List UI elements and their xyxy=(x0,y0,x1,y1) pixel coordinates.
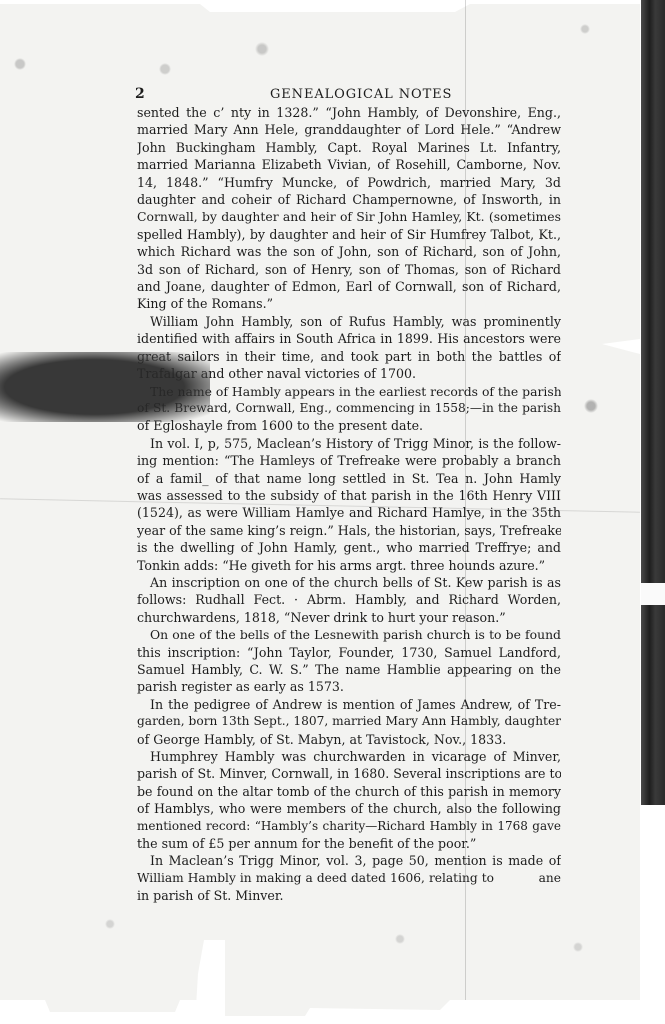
text-line: be found on the altar tomb of the church… xyxy=(137,783,561,800)
text-line: this inscription: “John Taylor, Founder,… xyxy=(137,644,561,661)
text-line: 3d son of Richard, son of Henry, son of … xyxy=(137,261,561,278)
text-line: ing mention: “The Hamleys of Trefreake w… xyxy=(137,452,561,469)
text-line: is the dwelling of John Hamly, gent., wh… xyxy=(137,539,561,556)
text-line: Humphrey Hambly was churchwarden in vica… xyxy=(137,748,561,765)
book-spine-edge xyxy=(641,0,665,805)
text-line: follows: Rudhall Fect. · Abrm. Hambly, a… xyxy=(137,591,561,608)
body-text: sented the c’ nty in 1328.” “John Hambly… xyxy=(137,104,561,905)
text-line: garden, born 13th Sept., 1807, married M… xyxy=(137,713,561,730)
page-number: 2 xyxy=(135,86,145,102)
text-line: daughter and coheir of Richard Champerno… xyxy=(137,191,561,208)
text-line: married Marianna Elizabeth Vivian, of Ro… xyxy=(137,156,561,173)
text-line: spelled Hambly), by daughter and heir of… xyxy=(137,226,561,243)
text-line: was assessed to the subsidy of that pari… xyxy=(137,487,561,504)
text-line: Cornwall, by daughter and heir of Sir Jo… xyxy=(137,208,561,225)
text-line: married Mary Ann Hele, granddaughter of … xyxy=(137,121,561,138)
text-line: year of the same king’s reign.” Hals, th… xyxy=(137,522,561,539)
spine-tear xyxy=(641,583,665,605)
text-line: On one of the bells of the Lesnewith par… xyxy=(137,626,561,643)
text-line: In Maclean’s Trigg Minor, vol. 3, page 5… xyxy=(137,852,561,869)
text-line: Tonkin adds: “He giveth for his arms arg… xyxy=(137,557,561,574)
text-line: In vol. I, p, 575, Maclean’s History of … xyxy=(137,435,561,452)
page-header: 2 GENEALOGICAL NOTES xyxy=(135,86,560,104)
text-line: parish of St. Minver, Cornwall, in 1680.… xyxy=(137,765,561,782)
text-line: of Hamblys, who were members of the chur… xyxy=(137,800,561,817)
text-line: William John Hambly, son of Rufus Hambly… xyxy=(137,313,561,330)
text-line: In the pedigree of Andrew is mention of … xyxy=(137,696,561,713)
text-line: Samuel Hambly, C. W. S.” The name Hambli… xyxy=(137,661,561,678)
text-line: of a famil_ of that name long settled in… xyxy=(137,470,561,487)
text-line: John Buckingham Hambly, Capt. Royal Mari… xyxy=(137,139,561,156)
text-line: identified with affairs in South Africa … xyxy=(137,330,561,347)
running-head: GENEALOGICAL NOTES xyxy=(270,87,452,102)
text-line: churchwardens, 1818, “Never drink to hur… xyxy=(137,609,561,626)
text-line: 14, 1848.” “Humfry Muncke, of Powdrich, … xyxy=(137,174,561,191)
text-line: An inscription on one of the church bell… xyxy=(137,574,561,591)
blank-margin xyxy=(641,805,665,1024)
text-line: in parish of St. Minver. xyxy=(137,887,561,904)
text-line: King of the Romans.” xyxy=(137,295,561,312)
text-line: mentioned record: “Hambly’s charity—Rich… xyxy=(137,818,561,835)
text-line: the sum of £5 per annum for the benefit … xyxy=(137,835,561,852)
text-line: which Richard was the son of John, son o… xyxy=(137,243,561,260)
text-line: and Joane, daughter of Edmon, Earl of Co… xyxy=(137,278,561,295)
text-line: William Hambly in making a deed dated 16… xyxy=(137,870,561,887)
text-line: parish register as early as 1573. xyxy=(137,678,561,695)
text-line: (1524), as were William Hamlye and Richa… xyxy=(137,504,561,521)
ink-smudge-stain xyxy=(0,352,210,422)
text-line: sented the c’ nty in 1328.” “John Hambly… xyxy=(137,104,561,121)
text-line: of George Hambly, of St. Mabyn, at Tavis… xyxy=(137,731,561,748)
